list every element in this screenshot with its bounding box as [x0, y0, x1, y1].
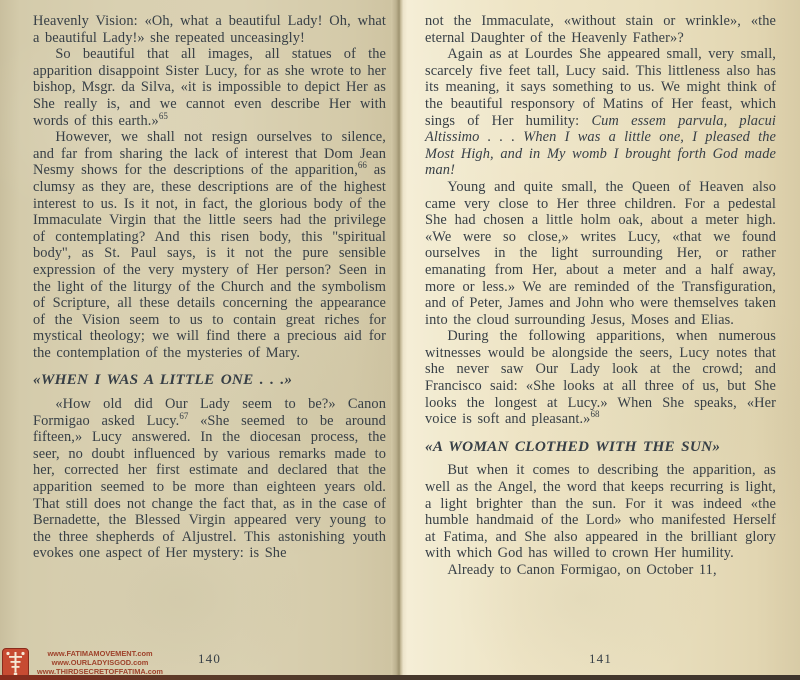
text-run: «A WOMAN CLOTHED WITH THE SUN» [425, 438, 720, 455]
section-heading: «A WOMAN CLOTHED WITH THE SUN» [425, 439, 776, 456]
text-run: So beautiful that all images, all statue… [33, 46, 386, 128]
book-spread: Heavenly Vision: «Oh, what a beautiful L… [0, 0, 800, 680]
paragraph: «How old did Our Lady seem to be?» Canon… [33, 396, 386, 562]
footnote-ref: 67 [179, 411, 188, 421]
footnote-ref: 66 [358, 161, 367, 171]
text-run: not the Immaculate, «without stain or wr… [425, 13, 776, 46]
text-run: During the following apparitions, when n… [425, 328, 776, 427]
text-run: But when it comes to describing the appa… [425, 462, 776, 561]
paragraph: But when it comes to describing the appa… [425, 462, 776, 562]
paragraph: Again as at Lourdes She appeared small, … [425, 46, 776, 179]
text-run: However, we shall not resign ourselves t… [33, 129, 386, 178]
watermark-urls: www.FATIMAMOVEMENT.com www.OURLADYISGOD.… [24, 650, 176, 676]
text-run: Already to Canon Formigao, on October 11… [447, 562, 716, 578]
paragraph: Young and quite small, the Queen of Heav… [425, 179, 776, 328]
footnote-ref: 65 [159, 111, 168, 121]
page-gutter [391, 0, 408, 680]
scan-bottom-edge [0, 675, 800, 680]
text-run: Heavenly Vision: «Oh, what a beautiful L… [33, 13, 386, 46]
paragraph: Already to Canon Formigao, on October 11… [425, 562, 776, 579]
page-number: 141 [425, 651, 776, 667]
left-text-column: Heavenly Vision: «Oh, what a beautiful L… [33, 13, 386, 562]
paragraph: So beautiful that all images, all statue… [33, 46, 386, 129]
paragraph: Heavenly Vision: «Oh, what a beautiful L… [33, 13, 386, 46]
text-run: Young and quite small, the Queen of Heav… [425, 179, 776, 328]
section-heading: «WHEN I WAS A LITTLE ONE . . .» [33, 372, 386, 389]
right-text-column: not the Immaculate, «without stain or wr… [425, 13, 776, 579]
text-run: «WHEN I WAS A LITTLE ONE . . .» [33, 371, 292, 388]
paragraph: During the following apparitions, when n… [425, 328, 776, 428]
text-run: «She seemed to be around fifteen,» Lucy … [33, 413, 386, 562]
paragraph: However, we shall not resign ourselves t… [33, 129, 386, 361]
text-run: as clumsy as they are, these description… [33, 162, 386, 361]
paragraph: not the Immaculate, «without stain or wr… [425, 13, 776, 46]
footnote-ref: 68 [590, 409, 599, 419]
